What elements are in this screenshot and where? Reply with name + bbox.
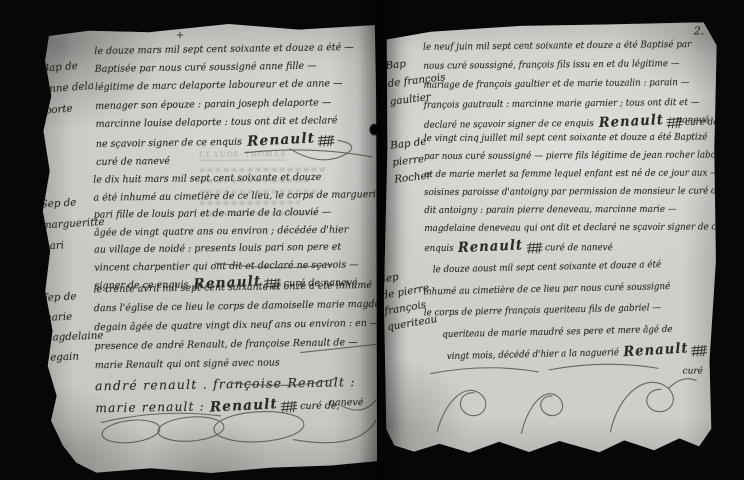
burial-entry-pierre-francois-queriteau: le douze aoust mil sept cent soixante et… (423, 253, 731, 368)
priest-signature: Renault (209, 393, 278, 418)
entry-closing: curé (683, 366, 704, 376)
margin-note-line: porte (44, 97, 96, 122)
entry-closing: nanevé (329, 397, 364, 408)
entry-closing: nanevé (676, 115, 709, 125)
margin-note: Bap deanne delaporte (41, 55, 96, 122)
entry-line: le vingt cinq juillet mil sept cent soix… (424, 128, 741, 148)
ink-blot (368, 122, 382, 141)
paraph-icon (318, 134, 335, 147)
entry-line: magdelaine deneveau qui ont dit et decla… (424, 218, 741, 238)
register-scan: + CLAUDE-THOMAS Bap deanne delaporte Sep… (0, 0, 744, 480)
priest-signature: Renault (458, 236, 524, 257)
cross-mark: + (176, 30, 184, 41)
entry-line: et de marie merlet sa femme lequel enfan… (424, 164, 741, 184)
signature-line: vingt mois, décédé d'hier a la naguerié … (447, 339, 711, 367)
baptism-entry-anne-delaporte: le douze mars mil sept cent soixante et … (94, 39, 363, 173)
paraph-icon (692, 344, 708, 357)
signature-suffix: curé de nanevé (545, 242, 613, 253)
burial-entry-marie-magdelaine-degain: le trente avril mil sept cent soixante e… (93, 275, 415, 421)
right-page: 2. Bapde françoisgaultier Bap depierreRo… (380, 17, 718, 460)
entry-line: par nous curé soussigné — pierre fils lé… (424, 146, 741, 166)
priest-signature: Renault (247, 129, 316, 151)
priest-signature: Renault (623, 338, 689, 363)
margin-note-line: anne dela (42, 76, 94, 101)
left-page: + CLAUDE-THOMAS Bap deanne delaporte Sep… (39, 19, 379, 479)
paraph-icon (281, 400, 298, 413)
signature-line-text: enquis (424, 243, 453, 254)
entry-line: dit antoigny : parain pierre deneveau, m… (424, 200, 741, 220)
signature-line-text: vingt mois, décédé d'hier a la naguerié (447, 347, 620, 362)
witness-signature: marie renault : (95, 399, 205, 416)
paraph-icon (526, 241, 542, 254)
baptism-entry-pierre-rocher: le vingt cinq juillet mil sept cent soix… (424, 128, 744, 258)
entry-line: soisines paroisse d'antoigny par permiss… (424, 182, 741, 202)
signature-line-text: ne sçavoir signer de ce enquis (96, 137, 242, 150)
